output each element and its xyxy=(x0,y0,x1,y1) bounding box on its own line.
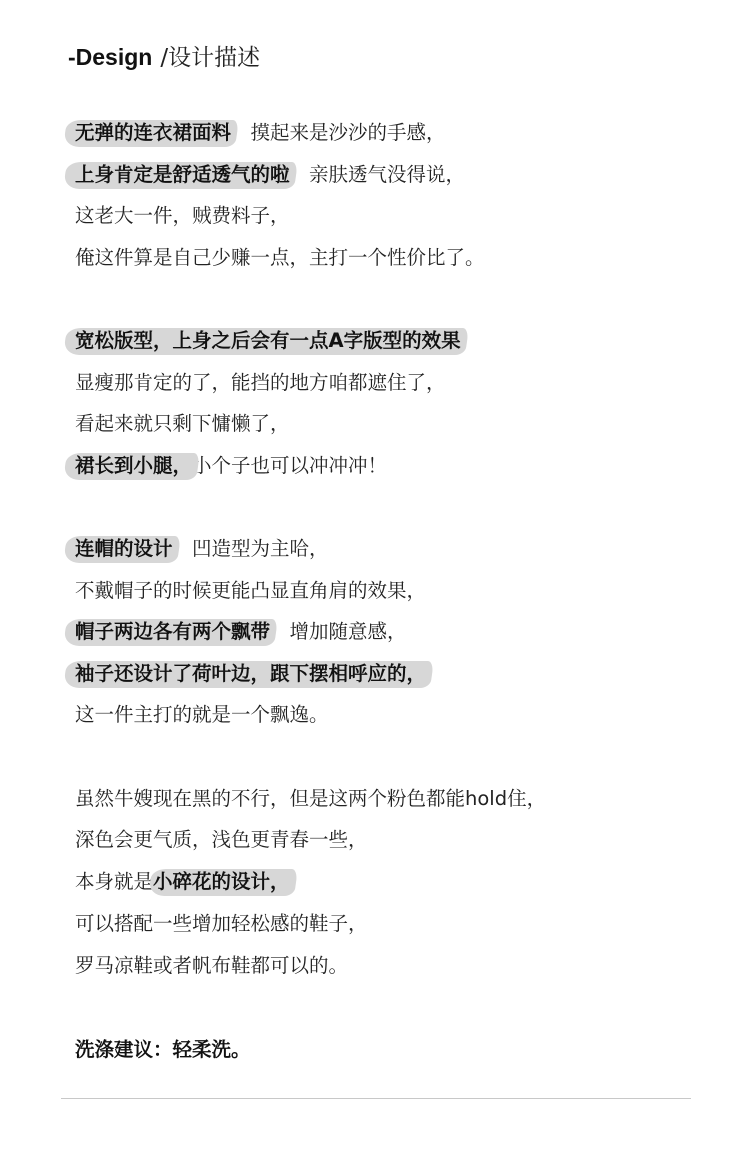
description-line: 虽然牛嫂现在黑的不行，但是这两个粉色都能hold住， xyxy=(75,784,546,814)
description-line: 看起来就只剩下慵懒了， xyxy=(75,409,290,439)
highlighted-text: 无弹的连衣裙面料 xyxy=(75,118,231,148)
highlighted-text: 连帽的设计 xyxy=(75,534,173,564)
line-text: 显瘦那肯定的了，能挡的地方咱都遮住了， xyxy=(75,371,446,394)
line-text: 可以搭配一些增加轻松感的鞋子， xyxy=(75,912,368,935)
description-line: 本身就是小碎花的设计， xyxy=(75,867,290,897)
description-line: 裙长到小腿，小个子也可以冲冲冲！ xyxy=(75,451,387,481)
description-line: 宽松版型，上身之后会有一点A字版型的效果， xyxy=(75,326,480,356)
line-text: ，增加随意感， xyxy=(270,620,407,643)
description-line: 这一件主打的就是一个飘逸。 xyxy=(75,700,329,730)
description-line: 帽子两边各有两个飘带，增加随意感， xyxy=(75,617,407,647)
line-text: 小个子也可以冲冲冲！ xyxy=(192,454,387,477)
description-line: 不戴帽子的时候更能凸显直角肩的效果， xyxy=(75,576,426,606)
description-line: 俺这件算是自己少赚一点，主打一个性价比了。 xyxy=(75,243,485,273)
title-chinese: /设计描述 xyxy=(160,45,260,71)
description-line: 袖子还设计了荷叶边，跟下摆相呼应的， xyxy=(75,659,426,689)
line-text: ，凹造型为主哈， xyxy=(173,537,329,560)
highlighted-text: 袖子还设计了荷叶边，跟下摆相呼应的， xyxy=(75,659,426,689)
line-text: 这一件主打的就是一个飘逸。 xyxy=(75,703,329,726)
line-text: 深色会更气质，浅色更青春一些， xyxy=(75,828,368,851)
description-line: 可以搭配一些增加轻松感的鞋子， xyxy=(75,909,368,939)
wash-advice: 洗涤建议：轻柔洗。 xyxy=(75,1035,251,1065)
description-line: 无弹的连衣裙面料，摸起来是沙沙的手感， xyxy=(75,118,446,148)
line-prefix: 本身就是 xyxy=(75,870,153,893)
line-text: 不戴帽子的时候更能凸显直角肩的效果， xyxy=(75,579,426,602)
line-text: 罗马凉鞋或者帆布鞋都可以的。 xyxy=(75,954,348,977)
line-text: 这老大一件，贼费料子， xyxy=(75,204,290,227)
highlighted-text: 帽子两边各有两个飘带 xyxy=(75,617,270,647)
description-line: 显瘦那肯定的了，能挡的地方咱都遮住了， xyxy=(75,368,446,398)
line-text: 看起来就只剩下慵懒了， xyxy=(75,412,290,435)
title-english: -Design xyxy=(68,44,152,70)
line-text: ，亲肤透气没得说， xyxy=(290,163,466,186)
design-title: -Design/设计描述 xyxy=(68,42,260,73)
description-line: 上身肯定是舒适透气的啦，亲肤透气没得说， xyxy=(75,160,465,190)
highlighted-text: 宽松版型，上身之后会有一点A字版型的效果 xyxy=(75,326,461,356)
description-line: 连帽的设计，凹造型为主哈， xyxy=(75,534,329,564)
line-text: 俺这件算是自己少赚一点，主打一个性价比了。 xyxy=(75,246,485,269)
highlighted-text: 小碎花的设计， xyxy=(153,867,290,897)
highlighted-text: 裙长到小腿， xyxy=(75,451,192,481)
description-line: 这老大一件，贼费料子， xyxy=(75,201,290,231)
divider xyxy=(61,1098,691,1099)
line-text: 虽然牛嫂现在黑的不行，但是这两个粉色都能hold住， xyxy=(75,787,546,810)
description-line: 深色会更气质，浅色更青春一些， xyxy=(75,825,368,855)
line-text: ，摸起来是沙沙的手感， xyxy=(231,121,446,144)
highlighted-text: 上身肯定是舒适透气的啦 xyxy=(75,160,290,190)
description-line: 罗马凉鞋或者帆布鞋都可以的。 xyxy=(75,951,348,981)
